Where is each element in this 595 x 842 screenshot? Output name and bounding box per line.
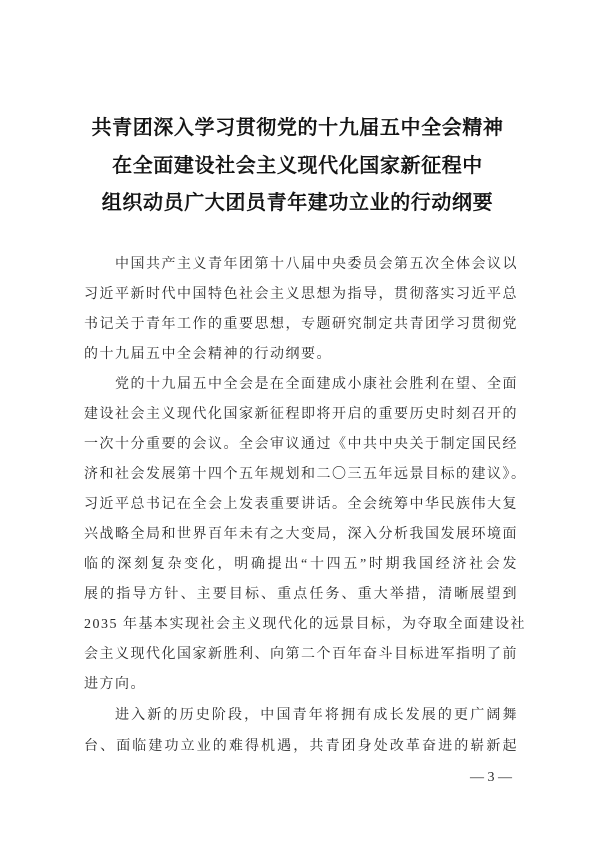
text-line: 建设社会主义现代化国家新征程即将开启的重要历史时刻召开的 [84,400,518,430]
text-line: 兴战略全局和世界百年未有之大变局，深入分析我国发展环境面 [84,520,518,550]
document-page: 共青团深入学习贯彻党的十九届五中全会精神 在全面建设社会主义现代化国家新征程中 … [0,0,595,842]
text-line: 会主义现代化国家新胜利、向第二个百年奋斗目标进军指明了前 [84,640,518,670]
text-line: 台、面临建功立业的难得机遇，共青团身处改革奋进的崭新起 [84,732,518,762]
text-line: 习近平总书记在全会上发表重要讲话。全会统筹中华民族伟大复 [84,490,518,520]
text-line: 一次十分重要的会议。全会审议通过《中共中央关于制定国民经 [84,430,518,460]
text-line: 2035 年基本实现社会主义现代化的远景目标，为夺取全面建设社 [84,610,518,640]
text-line: 进入新的历史阶段，中国青年将拥有成长发展的更广阔舞 [115,701,518,731]
text-line: 习近平新时代中国特色社会主义思想为指导，贯彻落实习近平总 [84,280,518,310]
text-line: 展的指导方针、主要目标、重点任务、重大举措，清晰展望到 [84,580,518,610]
text-line: 党的十九届五中全会是在全面建成小康社会胜利在望、全面 [115,370,518,400]
text-line: 书记关于青年工作的重要思想，专题研究制定共青团学习贯彻党 [84,310,518,340]
title-line-3: 组织动员广大团员青年建功立业的行动纲要 [0,184,595,220]
title-line-2: 在全面建设社会主义现代化国家新征程中 [0,147,595,183]
text-line: 临的深刻复杂变化，明确提出“十四五”时期我国经济社会发 [84,550,518,580]
text-line: 的十九届五中全会精神的行动纲要。 [84,340,518,370]
text-line: 进方向。 [84,670,518,700]
page-number: — 3 — [440,766,512,790]
title-line-1: 共青团深入学习贯彻党的十九届五中全会精神 [0,109,595,145]
text-line: 济和社会发展第十四个五年规划和二〇三五年远景目标的建议》。 [84,460,518,490]
text-line: 中国共产主义青年团第十八届中央委员会第五次全体会议以 [115,250,518,280]
